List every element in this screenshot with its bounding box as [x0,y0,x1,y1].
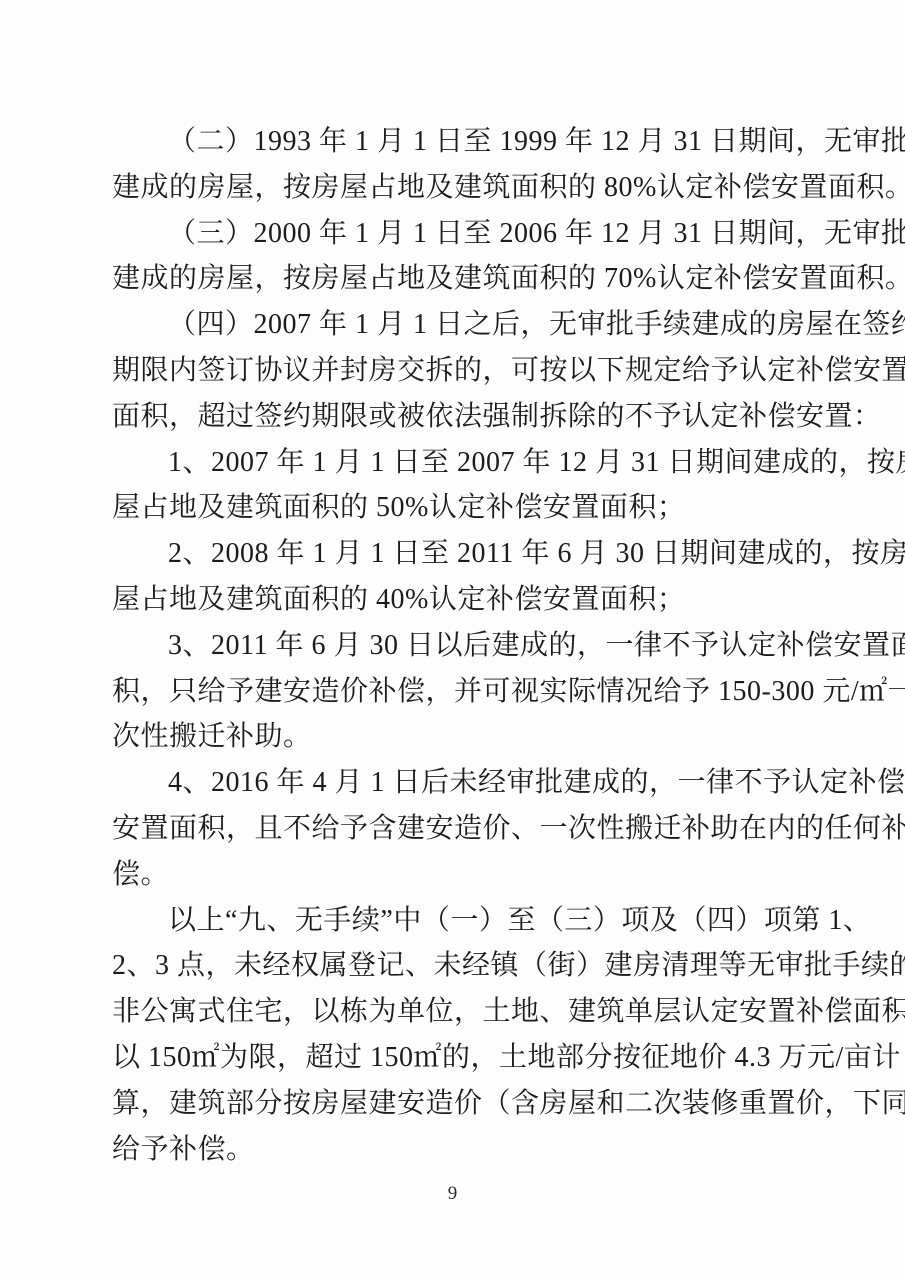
page-number: 9 [0,1183,905,1205]
text-line: 给予补偿。 [112,1127,802,1173]
document-page: （二）1993 年 1 月 1 日至 1999 年 12 月 31 日期间，无审… [0,0,905,1280]
text-line: 3、2011 年 6 月 30 日以后建成的，一律不予认定补偿安置面 [112,623,802,669]
text-line: 次性搬迁补助。 [112,714,802,760]
text-line: 4、2016 年 4 月 1 日后未经审批建成的，一律不予认定补偿 [112,760,802,806]
text-line: 屋占地及建筑面积的 50%认定补偿安置面积； [112,485,802,531]
text-line: 建成的房屋，按房屋占地及建筑面积的 80%认定补偿安置面积。 [112,165,802,211]
text-line: 以 150㎡为限，超过 150㎡的，土地部分按征地价 4.3 万元/亩计 [112,1035,802,1081]
text-line: 期限内签订协议并封房交拆的，可按以下规定给予认定补偿安置 [112,348,802,394]
text-line: （四）2007 年 1 月 1 日之后，无审批手续建成的房屋在签约 [112,302,802,348]
text-line: 偿。 [112,852,802,898]
text-line: 建成的房屋，按房屋占地及建筑面积的 70%认定补偿安置面积。 [112,256,802,302]
text-line: 2、3 点，未经权属登记、未经镇（街）建房清理等无审批手续的 [112,943,802,989]
text-line: 积，只给予建安造价补偿，并可视实际情况给予 150-300 元/㎡一 [112,669,802,715]
text-line: 屋占地及建筑面积的 40%认定补偿安置面积； [112,577,802,623]
text-line: 以上“九、无手续”中（一）至（三）项及（四）项第 1、 [112,898,802,944]
text-line: 算，建筑部分按房屋建安造价（含房屋和二次装修重置价，下同） [112,1081,802,1127]
text-line: 非公寓式住宅，以栋为单位，土地、建筑单层认定安置补偿面积 [112,989,802,1035]
text-line: 2、2008 年 1 月 1 日至 2011 年 6 月 30 日期间建成的，按… [112,531,802,577]
text-line: 面积，超过签约期限或被依法强制拆除的不予认定补偿安置： [112,394,802,440]
text-line: 安置面积，且不给予含建安造价、一次性搬迁补助在内的任何补 [112,806,802,852]
text-line: （三）2000 年 1 月 1 日至 2006 年 12 月 31 日期间，无审… [112,211,802,257]
document-body: （二）1993 年 1 月 1 日至 1999 年 12 月 31 日期间，无审… [112,119,802,1172]
text-line: （二）1993 年 1 月 1 日至 1999 年 12 月 31 日期间，无审… [112,119,802,165]
text-line: 1、2007 年 1 月 1 日至 2007 年 12 月 31 日期间建成的，… [112,440,802,486]
